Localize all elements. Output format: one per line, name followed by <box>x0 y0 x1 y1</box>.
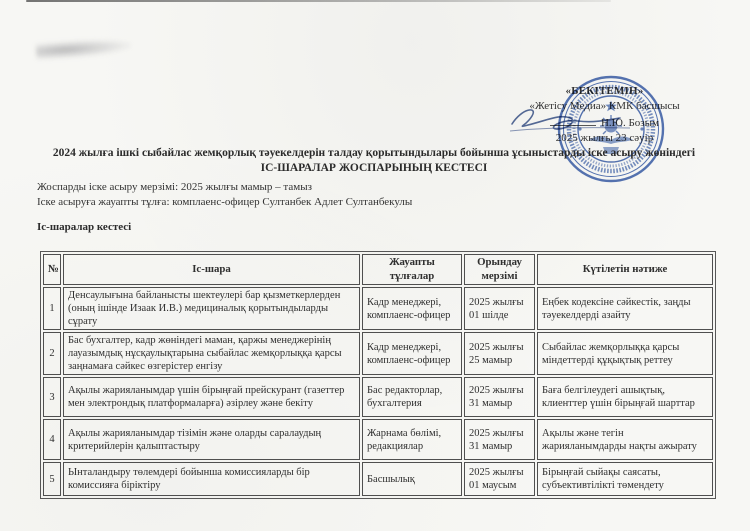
table-row: 3 Ақылы жарияланымдар үшін бірыңғай прей… <box>43 377 713 417</box>
cell-num: 2 <box>43 332 61 375</box>
scan-smudge-artifact <box>36 37 132 61</box>
cell-num: 5 <box>43 462 61 496</box>
header-deadline: Орындау мерзімі <box>464 254 535 285</box>
cell-action: Ақылы жарияланымдар үшін бірыңғай прейск… <box>63 377 360 417</box>
cell-deadline: 2025 жылғы 01 шілде <box>464 287 535 330</box>
table-caption: Іс-шаралар кестесі <box>37 221 131 233</box>
plan-responsible: Іске асыруға жауапты тұлға: комплаенс-оф… <box>37 195 697 210</box>
cell-responsible: Бас редакторлар, бухгалтерия <box>362 377 462 417</box>
cell-action: Ақылы жарияланымдар тізімін және оларды … <box>63 419 360 460</box>
header-num: № <box>43 254 61 285</box>
cell-responsible: Басшылық <box>362 462 462 496</box>
table-row: 1 Денсаулығына байланысты шектеулері бар… <box>43 287 713 330</box>
cell-action: Ынталандыру төлемдері бойынша комиссияла… <box>63 462 360 496</box>
action-plan-table: № Іс-шара Жауапты тұлғалар Орындау мерзі… <box>40 251 716 499</box>
cell-result: Ақылы және тегін жарияланымдарды нақты а… <box>537 419 713 460</box>
cell-deadline: 2025 жылғы 01 маусым <box>464 462 535 496</box>
cell-deadline: 2025 жылғы 31 мамыр <box>464 377 535 417</box>
cell-deadline: 2025 жылғы 25 мамыр <box>464 332 535 375</box>
header-action: Іс-шара <box>63 254 360 285</box>
cell-responsible: Кадр менеджері, комплаенс-офицер <box>362 332 462 375</box>
cell-responsible: Кадр менеджері, комплаенс-офицер <box>362 287 462 330</box>
table-row: 5 Ынталандыру төлемдері бойынша комиссия… <box>43 462 713 496</box>
table-header-row: № Іс-шара Жауапты тұлғалар Орындау мерзі… <box>43 254 713 285</box>
document-title-line1: 2024 жылға ішкі сыбайлас жемқорлық тәуек… <box>30 146 718 161</box>
cell-num: 4 <box>43 419 61 460</box>
table-row: 4 Ақылы жарияланымдар тізімін және олард… <box>43 419 713 460</box>
document-title-line2: ІС-ШАРАЛАР ЖОСПАРЫНЫҢ КЕСТЕСІ <box>30 161 718 176</box>
document-title: 2024 жылға ішкі сыбайлас жемқорлық тәуек… <box>30 146 718 175</box>
cell-result: Сыбайлас жемқорлыққа қарсы міндеттерді қ… <box>537 332 713 375</box>
header-responsible: Жауапты тұлғалар <box>362 254 462 285</box>
table-row: 2 Бас бухгалтер, кадр жөніндегі маман, қ… <box>43 332 713 375</box>
scan-edge-artifact <box>26 0 611 2</box>
meta-block: Жоспарды іске асыру мерзімі: 2025 жылғы … <box>37 180 697 209</box>
cell-responsible: Жарнама бөлімі, редакциялар <box>362 419 462 460</box>
cell-num: 3 <box>43 377 61 417</box>
cell-result: Бірыңғай сыйақы саясаты, субъективтілікт… <box>537 462 713 496</box>
header-result: Күтілетін нәтиже <box>537 254 713 285</box>
cell-result: Баға белгілеудегі ашықтық, клиенттер үші… <box>537 377 713 417</box>
cell-deadline: 2025 жылғы 31 мамыр <box>464 419 535 460</box>
cell-action: Денсаулығына байланысты шектеулері бар қ… <box>63 287 360 330</box>
plan-period: Жоспарды іске асыру мерзімі: 2025 жылғы … <box>37 180 697 195</box>
cell-result: Еңбек кодексіне сәйкестік, заңды тәуекел… <box>537 287 713 330</box>
cell-action: Бас бухгалтер, кадр жөніндегі маман, қар… <box>63 332 360 375</box>
cell-num: 1 <box>43 287 61 330</box>
